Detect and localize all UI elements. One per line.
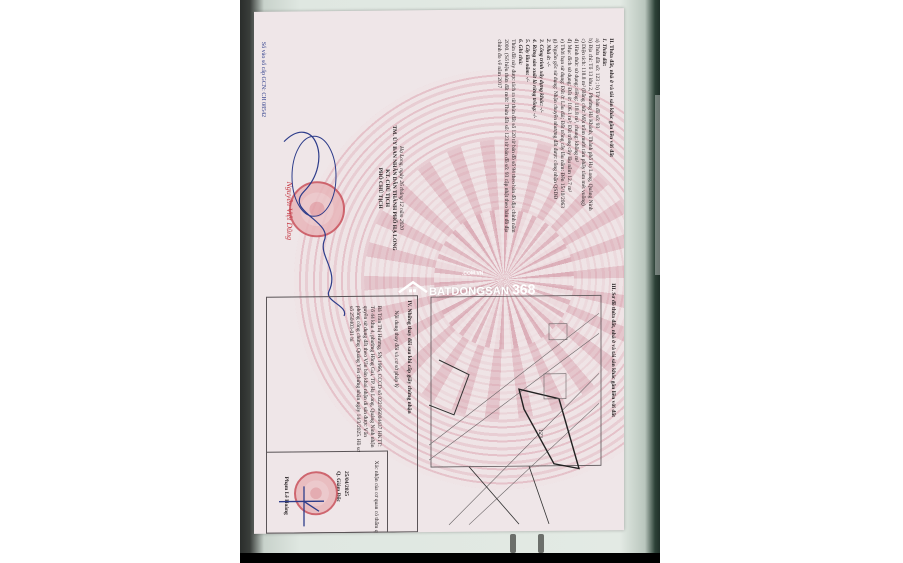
section-ii-line: c) Diện tích: 118.8 m² (Bằng chữ: Một tr… bbox=[579, 38, 586, 231]
photo-bottom-edge bbox=[240, 553, 660, 563]
watermark-domain: .COM.VN bbox=[462, 271, 483, 277]
section-ii-line: 1. Thửa đất: bbox=[600, 38, 607, 231]
issue-date: Hạ Long, ngày 26 tháng 12 năm 2020 bbox=[397, 125, 404, 250]
section-ii-line: a) Thửa đất số: 123 ; b) Tờ bản đồ số: 9… bbox=[593, 38, 600, 231]
land-certificate-page: Số vào sổ cấp GCN: CH 08542 II. Thửa đất… bbox=[254, 8, 624, 534]
watermark: .COM.VN BATDONGSAN 368 bbox=[397, 279, 535, 298]
binder-clip bbox=[538, 534, 544, 553]
parcel-number: 123 bbox=[537, 429, 543, 438]
section-ii-line: đ) Mục đích sử dụng: Đất ở: 106.1 m²; Đấ… bbox=[565, 39, 572, 232]
section-iv-col1-header: Nội dung thay đổi và cơ sở pháp lý bbox=[392, 310, 399, 387]
section-ii-line: 5. Cây lâu năm: -/- bbox=[523, 39, 530, 232]
entry-line: Tổ 44 khu 4, phường Hồng Gai, TP. Hạ Lon… bbox=[368, 306, 375, 452]
section-ii-line: 3. Công trình xây dựng khác: -/- bbox=[537, 39, 544, 232]
entry-line: phòng công chứng Quảng Yên chứng nhận ng… bbox=[354, 306, 361, 452]
watermark-number: 368 bbox=[512, 281, 535, 297]
section-iv-col2-header: Xác nhận của cơ quan có thẩm quyền bbox=[372, 461, 379, 534]
entry-line: Bà Trần Thị Hương, SN 1966, CCCD số 0221… bbox=[375, 306, 382, 452]
confirm-date: 25/04/2025 bbox=[342, 471, 349, 496]
section-ii-line: 2000. (Số hiệu thửa đất mới: Thửa đất số… bbox=[502, 39, 509, 232]
section-iv-title: IV. Những thay đổi sau khi cấp giấy chứn… bbox=[405, 300, 412, 413]
section-iii-title: III. Sơ đồ thửa đất, nhà ở và tài sản kh… bbox=[609, 283, 616, 417]
binder-clip bbox=[510, 534, 516, 553]
parcel-map: 123 bbox=[429, 293, 604, 530]
plastic-sleeve bbox=[655, 95, 660, 275]
registration-number-note: Số vào sổ cấp GCN: CH 08542 bbox=[259, 42, 266, 117]
signature-scribble bbox=[274, 120, 394, 321]
section-ii-line: e) Thời hạn sử dụng: Đất ở: Lâu dài; Đất… bbox=[558, 39, 565, 232]
entry-line: quyền sử dụng đất theo Văn bản khai nhận… bbox=[361, 306, 368, 452]
section-ii: II. Thửa đất, nhà ở và tài sản khác gắn … bbox=[495, 38, 614, 232]
section-ii-line: 2. Nhà ở: -/- bbox=[544, 39, 551, 232]
section-ii-line: Thửa đất này được tách ra từ thửa đất số… bbox=[509, 39, 516, 232]
section-ii-line: b) Địa chỉ: Tổ 13 khu 2, Phường Hà Khánh… bbox=[586, 38, 593, 231]
section-ii-line: chính đo vẽ năm 2017 bbox=[495, 39, 502, 232]
section-ii-line: 4. Rừng sản xuất là rừng trồng: -/- bbox=[530, 39, 537, 232]
section-iv-entry: Bà Trần Thị Hương, SN 1966, CCCD số 0221… bbox=[347, 306, 382, 452]
watermark-brand: BATDONGSAN bbox=[429, 285, 509, 298]
document-photo: Số vào sổ cấp GCN: CH 08542 II. Thửa đất… bbox=[240, 0, 660, 553]
section-ii-line: g) Nguồn gốc sử dụng: Nhận chuyển nhượng… bbox=[551, 39, 558, 232]
section-ii-line: d) Hình thức sử dụng: riêng: 118.8 m², c… bbox=[572, 39, 579, 232]
confirm-signature bbox=[274, 481, 334, 532]
section-ii-line: 6. Ghi chú: bbox=[516, 39, 523, 232]
entry-line: số 250403-01 bi bbox=[347, 306, 354, 452]
section-ii-title: II. Thửa đất, nhà ở và tài sản khác gắn … bbox=[607, 38, 614, 231]
house-roof-icon bbox=[397, 280, 429, 298]
